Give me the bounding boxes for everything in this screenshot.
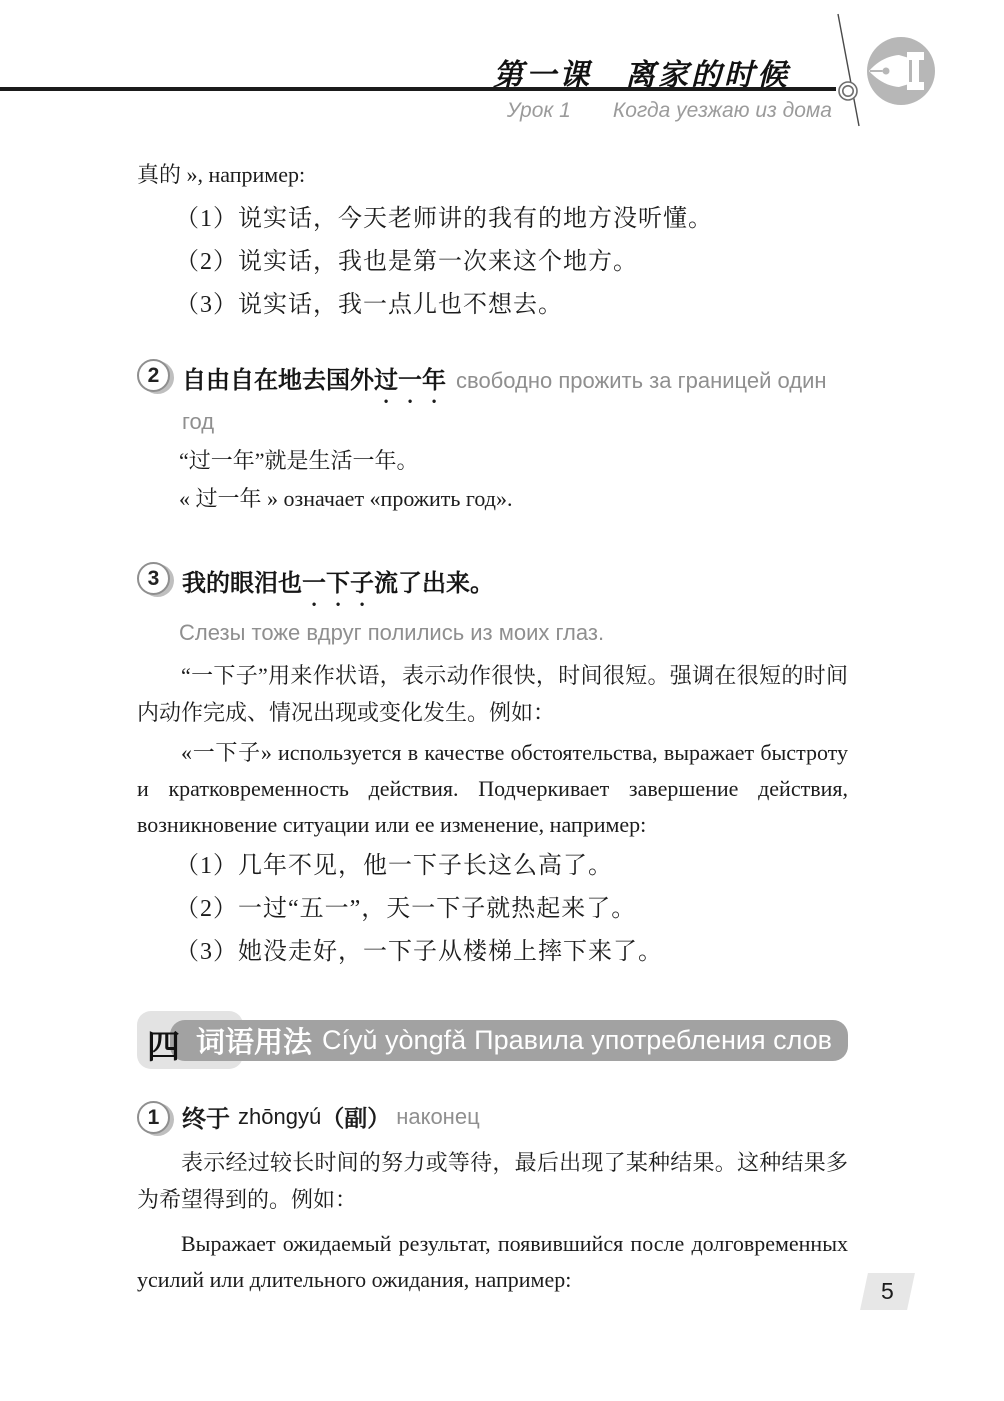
word-russian-translation: наконец xyxy=(396,1104,479,1130)
item-2-heading: 2 自由自在地去国外过一年свободно прожить за границе… xyxy=(137,357,848,436)
example-sentence: （2）说实话，我也是第一次来这个地方。 xyxy=(137,241,848,284)
item-3-emphasized: 一下子 xyxy=(302,570,374,597)
section-title-pinyin: Cíyǔ yòngfǎ xyxy=(322,1025,466,1056)
item-3-usage-russian: «一下子» используется в качестве обстоятель… xyxy=(137,735,848,843)
item-2-number-badge: 2 xyxy=(137,359,170,392)
item-3-russian-translation: Слезы тоже вдруг полились из моих глаз. xyxy=(179,619,848,647)
section-numeral: 四 xyxy=(147,1021,180,1068)
word-item-1-number-badge: 1 xyxy=(137,1101,170,1134)
example-sentence: （1）说实话，今天老师讲的我有的地方没听懂。 xyxy=(137,198,848,241)
section-title-russian: Правила употребления слов xyxy=(474,1025,832,1056)
ring-ornament xyxy=(839,82,857,100)
item-3-usage-chinese: “一下子”用来作状语，表示动作很快，时间很短。强调在很短的时间内动作完成、情况出… xyxy=(137,657,848,731)
item-3-sentence-pre: 我的眼泪也 xyxy=(182,570,302,597)
section-title-pill: 词语用法 Cíyǔ yòngfǎ Правила употребления сл… xyxy=(170,1020,848,1061)
diagonal-line xyxy=(838,14,859,126)
intro-example-list: （1）说实话，今天老师讲的我有的地方没听懂。 （2）说实话，我也是第一次来这个地… xyxy=(137,198,848,327)
item-2-explanation-chinese: “过一年”就是生活一年。 xyxy=(179,446,848,476)
word-item-1-usage-russian: Выражает ожидаемый результат, появившийс… xyxy=(137,1226,848,1298)
item-3-sentence: 我的眼泪也一下子流了出来。 xyxy=(182,560,494,611)
word-item-1-heading: 1 终于 zhōngyú （副） наконец xyxy=(137,1099,848,1134)
example-sentence: （1）几年不见，他一下子长这么高了。 xyxy=(137,845,848,888)
item-2-explanation-russian: « 过一年 » означает «прожить год». xyxy=(179,484,848,514)
item-2-sentence: 自由自在地去国外过一年свободно прожить за границей … xyxy=(182,357,848,436)
page-number-badge: 5 xyxy=(860,1273,915,1310)
page-content: 真的 », например: （1）说实话，今天老师讲的我有的地方没听懂。 （… xyxy=(137,160,848,1298)
example-sentence: （3）她没走好，一下子从楼梯上摔下来了。 xyxy=(137,931,848,974)
example-sentence: （2）一过“五一”，天一下子就热起来了。 xyxy=(137,888,848,931)
item-2-sentence-pre: 自由自在地去国外 xyxy=(182,367,374,394)
item-3-sentence-post: 流了出来。 xyxy=(374,570,494,597)
header-decoration xyxy=(820,0,1004,140)
word-part-of-speech: （副） xyxy=(321,1100,390,1133)
section-banner: 四 词语用法 Cíyǔ yòngfǎ Правила употребления … xyxy=(137,1011,848,1069)
item-3-heading: 3 我的眼泪也一下子流了出来。 xyxy=(137,560,848,611)
section-title-chinese: 词语用法 xyxy=(196,1020,312,1061)
item-3-example-list: （1）几年不见，他一下子长这么高了。 （2）一过“五一”，天一下子就热起来了。 … xyxy=(137,845,848,974)
continuation-paragraph: 真的 », например: xyxy=(137,160,848,190)
word-chinese: 终于 xyxy=(182,1099,230,1134)
textbook-page: 第一课 离家的时候 Урок 1 Когда уезжаю из дома 真的… xyxy=(0,0,1004,1401)
page-number: 5 xyxy=(881,1278,894,1305)
word-item-1-usage-chinese: 表示经过较长时间的努力或等待，最后出现了某种结果。这种结果多为希望得到的。例如： xyxy=(137,1144,848,1218)
item-2-emphasized: 过一年 xyxy=(374,367,446,394)
pen-nib-icon xyxy=(867,37,935,105)
header-divider xyxy=(0,87,836,91)
lesson-title-russian: Урок 1 Когда уезжаю из дома xyxy=(507,94,832,124)
item-3-number-badge: 3 xyxy=(137,562,170,595)
example-sentence: （3）说实话，我一点儿也不想去。 xyxy=(137,284,848,327)
word-pinyin: zhōngyú xyxy=(238,1104,321,1130)
